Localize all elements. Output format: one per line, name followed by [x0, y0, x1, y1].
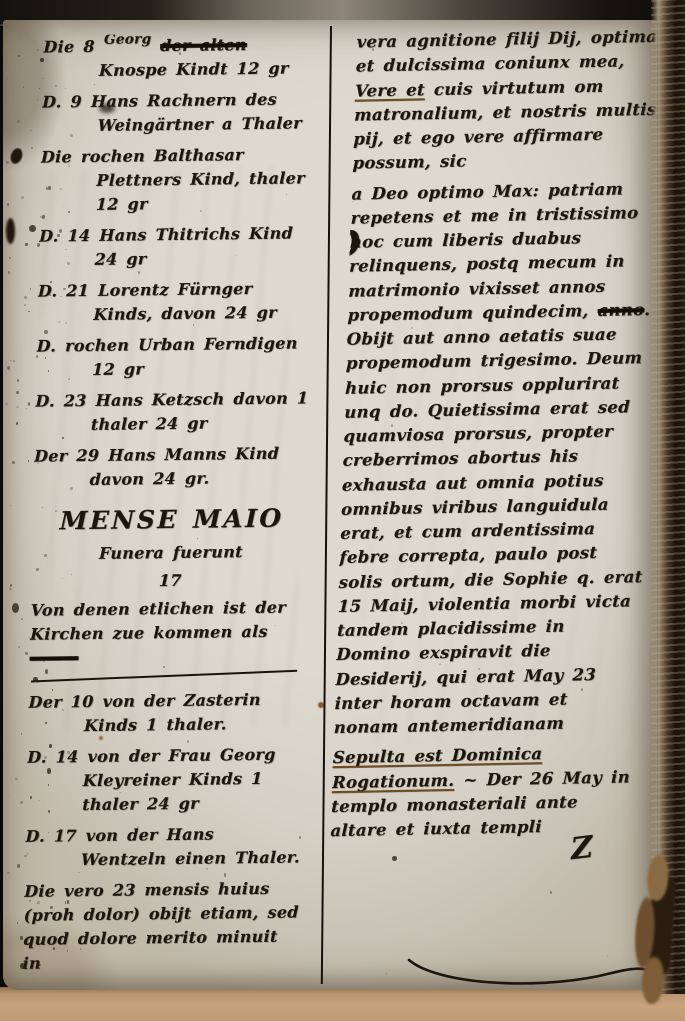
- para-line: vera agnitione filij Dij, optima et dulc…: [352, 25, 663, 176]
- para-line: Sepulta est Dominica Rogationum. ~ Der 2…: [330, 741, 639, 844]
- paper-speckle: [10, 584, 12, 587]
- struck-text: der alten: [160, 35, 247, 55]
- paper-speckle: [15, 778, 18, 780]
- entry-text: Hans Thitrichs Kind 24 gr: [94, 223, 293, 268]
- entry-date: D. 23: [35, 391, 96, 411]
- paper-speckle: [17, 922, 18, 924]
- register-entry: D. 17von der Hans Wentzeln einen Thaler.: [25, 821, 304, 872]
- manuscript-page: Die 8Georg der alten Knospe Kindt 12 grD…: [3, 20, 657, 990]
- paper-speckle: [7, 872, 10, 875]
- entry-date: D. 9: [42, 92, 91, 112]
- entry-date: Die 8: [43, 37, 104, 57]
- entry-text: Hans Manns Kind davon 24 gr.: [89, 444, 279, 489]
- paper-speckle: [7, 366, 10, 370]
- paper-speckle: [18, 55, 20, 57]
- entry-date: D. 14: [27, 747, 88, 767]
- paper-speckle: [12, 603, 19, 613]
- paper-speckle: [30, 288, 32, 290]
- paper-speckle: [26, 408, 28, 409]
- paper-speckle: [28, 460, 30, 462]
- entry-text: von der Frau Georg Kleyreiner Kinds 1 th…: [82, 744, 276, 813]
- paper-speckle: [31, 147, 33, 150]
- paper-speckle: [20, 801, 23, 804]
- paper-speckle: [24, 296, 26, 298]
- paper-speckle: [18, 646, 20, 648]
- entry-text: Hans Rachnern des Weingärtner a Thaler: [91, 90, 302, 135]
- entry-date: D.: [36, 336, 65, 355]
- paper-speckle: [6, 161, 9, 164]
- register-entry: D. 23Hans Ketzsch davon 1 thaler 24 gr: [35, 386, 314, 437]
- paper-speckle: [21, 733, 22, 734]
- paper-speckle: [21, 196, 24, 199]
- entry-date: D. 14: [39, 226, 100, 246]
- paper-speckle: [5, 403, 8, 405]
- paper-speckle: [25, 243, 27, 246]
- paper-speckle: [17, 864, 20, 868]
- para-line: a Deo optimo Max: patriam repetens et me…: [333, 176, 657, 740]
- entry-text: Georg der alten Knospe Kindt 12 gr: [99, 35, 289, 80]
- ink-blob: [6, 218, 15, 244]
- paper-speckle: [24, 304, 26, 306]
- register-entry: Die 8Georg der alten Knospe Kindt 12 gr: [43, 32, 322, 83]
- entry-text: 17: [159, 570, 182, 589]
- rule-line: [31, 669, 297, 682]
- interlinear-insertion: Georg: [104, 32, 152, 48]
- paper-speckle: [30, 130, 32, 131]
- register-entry: D. 21Lorentz Fürnger Kinds, davon 24 gr: [37, 276, 316, 327]
- register-entry: D. 9Hans Rachnern des Weingärtner a Thal…: [41, 87, 320, 138]
- paper-speckle: [8, 271, 11, 274]
- entry-text: Funera fuerunt: [99, 542, 243, 563]
- paper-speckle: [29, 225, 36, 232]
- para-line: Die vero 23 mensis huius (proh dolor) ob…: [22, 876, 302, 975]
- paper-speckle: [10, 360, 11, 361]
- paper-speckle: [28, 311, 29, 313]
- manuscript-photo: Die 8Georg der alten Knospe Kindt 12 grD…: [0, 0, 685, 1021]
- underlined-text: Sepulta est Dominica Rogationum.: [332, 744, 543, 791]
- ink-blob: [9, 147, 25, 166]
- register-entry: Der 10von der Zasterin Kinds 1 thaler.: [28, 687, 307, 738]
- paper-speckle: [9, 588, 11, 590]
- paper-speckle: [20, 869, 22, 870]
- paper-speckle: [7, 78, 8, 79]
- paper-speckle: [10, 505, 11, 506]
- paper-speckle: [16, 422, 18, 425]
- entry-text: a Deo optimo Max: patriam repetens et me…: [334, 179, 651, 737]
- paper-speckle: [13, 360, 15, 362]
- paper-speckle: [8, 796, 10, 797]
- entry-date: D. 17: [25, 826, 86, 846]
- entry-date: Der 10: [28, 691, 103, 711]
- register-entry: D.rochen Urban Ferndigen 12 gr: [36, 331, 315, 382]
- struck-text: anno: [597, 300, 644, 320]
- page-stack-edge: [651, 0, 685, 994]
- paper-speckle: [21, 618, 23, 620]
- paper-speckle: [23, 86, 25, 87]
- entry-text: von der Zasterin Kinds 1 thaler.: [84, 689, 261, 734]
- left-column-text: Die 8Georg der alten Knospe Kindt 12 grD…: [22, 32, 321, 976]
- paper-speckle: [17, 120, 20, 123]
- entry-date: Die: [41, 147, 81, 166]
- entry-text: Lorentz Fürnger Kinds, davon 24 gr: [93, 279, 277, 324]
- paper-speckle: [37, 49, 40, 51]
- paper-speckle: [39, 88, 40, 89]
- paper-speckle: [28, 402, 31, 405]
- underlined-text: Vere et: [355, 80, 426, 100]
- para-line: Von denen etlichen ist der Kirchen zue k…: [29, 595, 309, 670]
- register-entry: D. 14von der Frau Georg Kleyreiner Kinds…: [26, 742, 306, 817]
- centered-line: 17: [31, 567, 310, 594]
- centered-line: Funera fuerunt: [32, 539, 311, 566]
- table-surface: [0, 987, 685, 1021]
- paper-speckle: [25, 652, 28, 655]
- register-entry: D. 14Hans Thitrichs Kind 24 gr: [38, 221, 317, 272]
- entry-text: vera agnitione filij Dij, optima et dulc…: [352, 27, 657, 173]
- entry-text: Sepulta est Dominica Rogationum. ~ Der 2…: [330, 744, 630, 840]
- paper-speckle: [7, 203, 10, 206]
- paper-speckle: [9, 257, 11, 259]
- struck-text: ———: [29, 648, 78, 668]
- right-column-text: vera agnitione filij Dij, optima et dulc…: [325, 25, 663, 992]
- register-entry: Der 29Hans Manns Kind davon 24 gr.: [33, 441, 312, 492]
- entry-text: Hans Ketzsch davon 1 thaler 24 gr: [91, 388, 309, 434]
- paper-speckle: [12, 461, 14, 464]
- entry-text: MENSE MAIO: [59, 504, 284, 536]
- entry-text: rochen Balthasar Plettners Kind, thaler …: [81, 145, 305, 214]
- entry-text: Von denen etlichen ist der Kirchen zue k…: [29, 597, 286, 667]
- paper-speckle: [16, 391, 19, 395]
- entry-text: Z: [570, 830, 595, 868]
- heading-line: MENSE MAIO: [32, 499, 311, 540]
- paper-speckle: [37, 99, 38, 100]
- register-entry: Dierochen Balthasar Plettners Kind, thal…: [40, 142, 320, 217]
- paper-speckle: [17, 379, 19, 382]
- entry-text: rochen Urban Ferndigen 12 gr: [65, 333, 298, 379]
- entry-text: Die vero 23 mensis huius (proh dolor) ob…: [22, 878, 299, 972]
- entry-date: Der 29: [34, 446, 109, 466]
- paper-speckle: [16, 406, 19, 408]
- entry-text: von der Hans Wentzeln einen Thaler.: [81, 824, 300, 869]
- entry-date: D. 21: [38, 281, 99, 301]
